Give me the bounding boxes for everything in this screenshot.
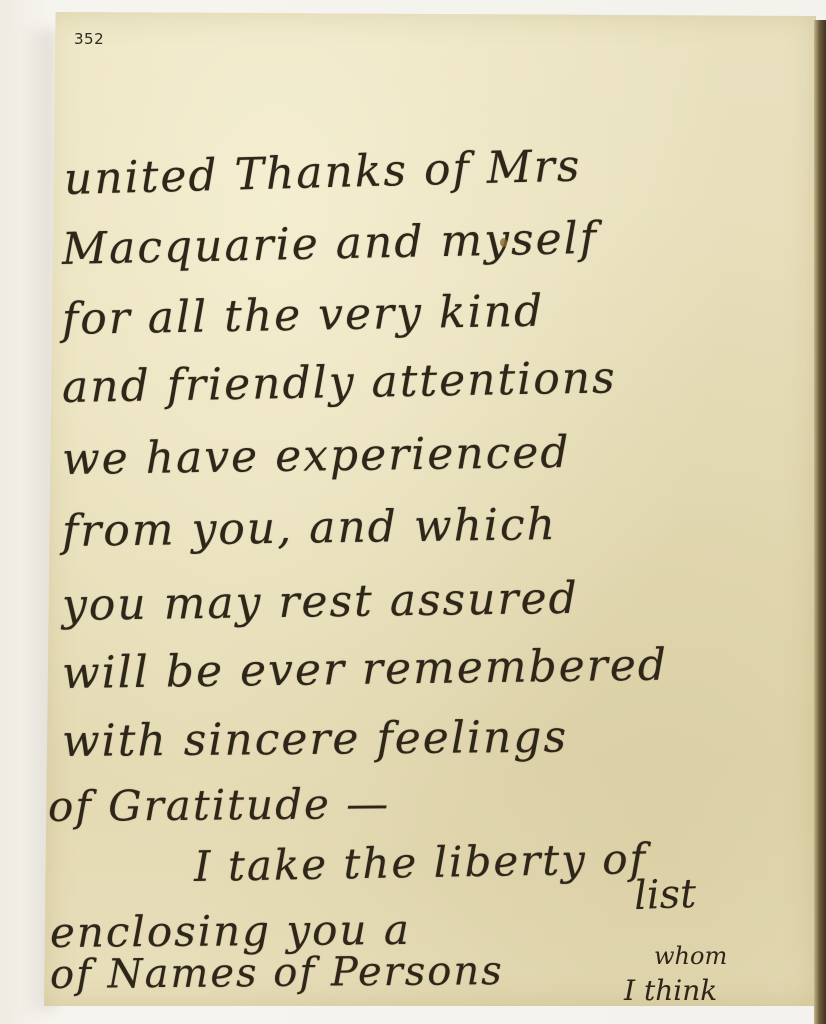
interlinear-word-whom: whom [654, 942, 727, 970]
text-line: Macquarie and myself [61, 213, 598, 275]
handwritten-text: united Thanks of Mrs Macquarie and mysel… [44, 12, 816, 1006]
text-line: and friendly attentions [62, 352, 618, 413]
text-line: from you, and which [62, 499, 558, 557]
text-line: of Names of Persons [50, 948, 504, 998]
binding-edge [814, 20, 826, 1024]
letter-page: 352 united Thanks of Mrs Macquarie and m… [44, 12, 816, 1006]
text-line: with sincere feelings [62, 712, 568, 767]
text-line: you may rest assured [62, 573, 579, 631]
text-line: we have experienced [62, 427, 571, 485]
text-line: united Thanks of Mrs [63, 140, 582, 205]
ink-stain [500, 238, 507, 247]
text-line: of Gratitude — [48, 779, 391, 831]
text-line: I take the liberty of [194, 834, 648, 891]
text-line: for all the very kind [62, 286, 545, 345]
interlinear-word-i-think: I think [624, 974, 717, 1007]
interlinear-word-list: list [633, 871, 697, 919]
text-line: will be ever remembered [62, 640, 669, 699]
